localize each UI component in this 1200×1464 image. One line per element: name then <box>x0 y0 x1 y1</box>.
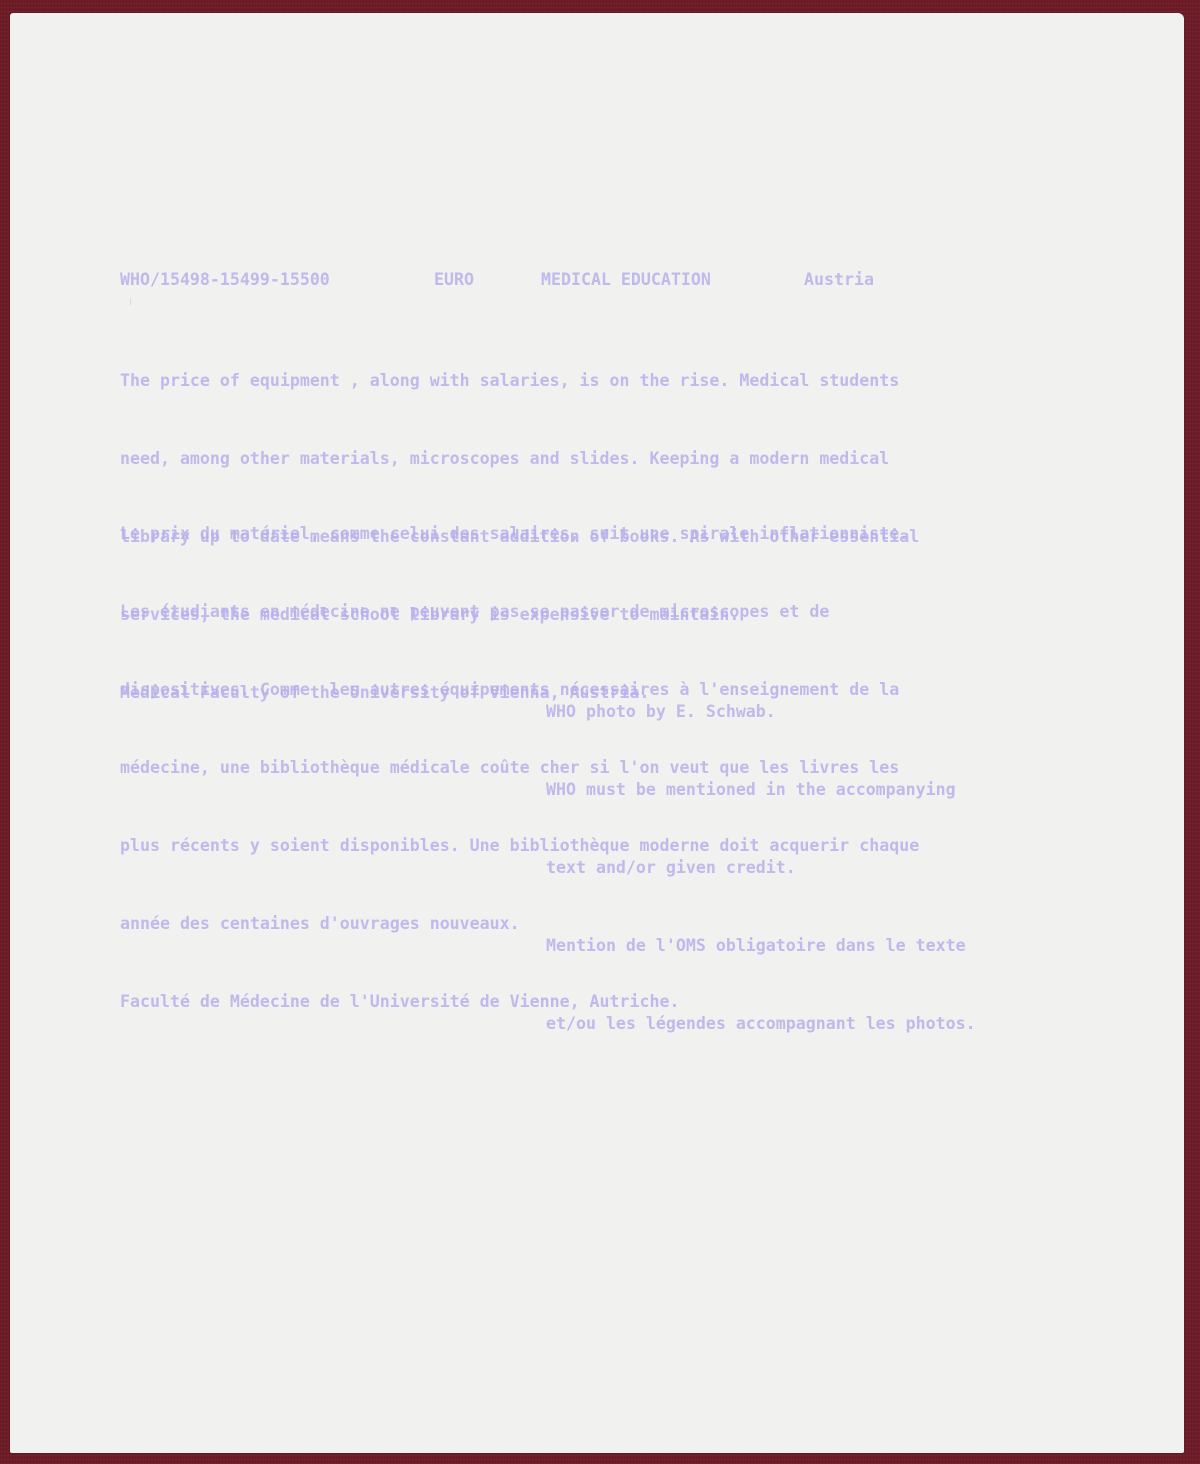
credit-requirement-line-fr: et/ou les légendes accompagnant les phot… <box>546 1011 976 1037</box>
photo-credit-block: WHO photo by E. Schwab. WHO must be ment… <box>546 647 976 1089</box>
english-caption-line: The price of equipment , along with sala… <box>120 368 919 394</box>
credit-requirement-line: text and/or given credit. <box>546 855 976 881</box>
region-label: EURO <box>434 267 474 293</box>
french-caption-line: Le prix du matériel, comme celui des sal… <box>120 521 919 547</box>
credit-requirement-line: WHO must be mentioned in the accompanyin… <box>546 777 976 803</box>
photographer-credit: WHO photo by E. Schwab. <box>546 699 976 725</box>
french-caption-line: Les étudiants en médecine ne peuvent pas… <box>120 599 919 625</box>
credit-requirement-line-fr: Mention de l'OMS obligatoire dans le tex… <box>546 933 976 959</box>
country-label: Austria <box>804 267 874 293</box>
subject-label: MEDICAL EDUCATION <box>541 267 711 293</box>
photo-reference-number: WHO/15498-15499-15500 <box>120 267 330 293</box>
photo-caption-sheet: WHO/15498-15499-15500 EURO MEDICAL EDUCA… <box>10 13 1184 1453</box>
typewriter-mark <box>130 299 135 305</box>
